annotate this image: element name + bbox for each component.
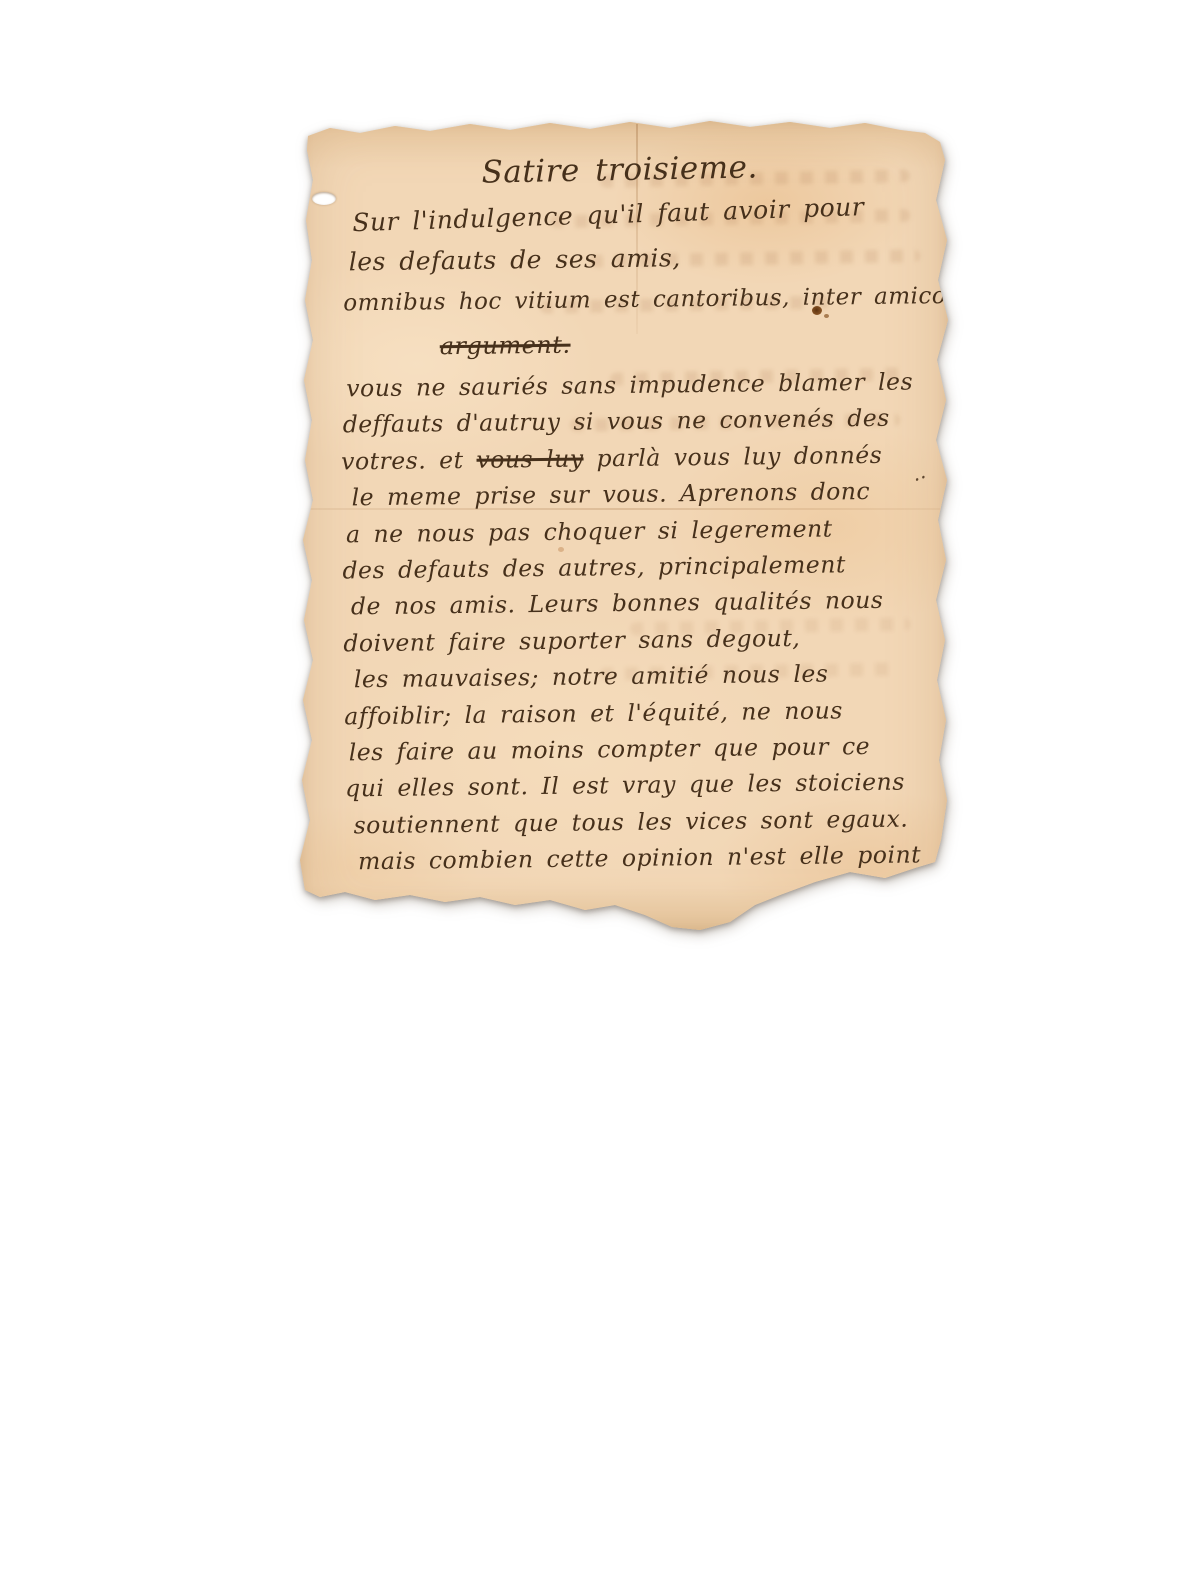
manuscript-subtitle-line: Sur l'indulgence qu'il faut avoir pour (352, 192, 865, 237)
manuscript-body: vous ne sauriés sans impudence blamer le… (340, 363, 921, 880)
line-segment: parlà vous luy donnés (583, 441, 882, 473)
manuscript-title: Satire troisieme. (295, 146, 944, 194)
manuscript-line: mais combien cette opinion n'est elle po… (358, 837, 921, 880)
scan-background: Satire troisieme. Sur l'indulgence qu'il… (0, 0, 1196, 1595)
manuscript-line: de nos amis. Leurs bonnes qualités nous (351, 582, 918, 625)
latin-epigraph: omnibus hoc vitium est cantoribus, inter… (343, 283, 966, 317)
struck-heading: argument. (298, 329, 713, 362)
struck-words: vous luy (476, 444, 583, 473)
handwritten-text: Satire troisieme. Sur l'indulgence qu'il… (295, 116, 953, 936)
manuscript-subtitle-line: les defauts de ses amis, (349, 243, 681, 276)
manuscript-page: Satire troisieme. Sur l'indulgence qu'il… (300, 120, 948, 932)
line-segment: votres. et (341, 446, 477, 476)
manuscript-page-wrap: Satire troisieme. Sur l'indulgence qu'il… (300, 120, 948, 932)
struck-heading-word: argument. (440, 331, 571, 361)
